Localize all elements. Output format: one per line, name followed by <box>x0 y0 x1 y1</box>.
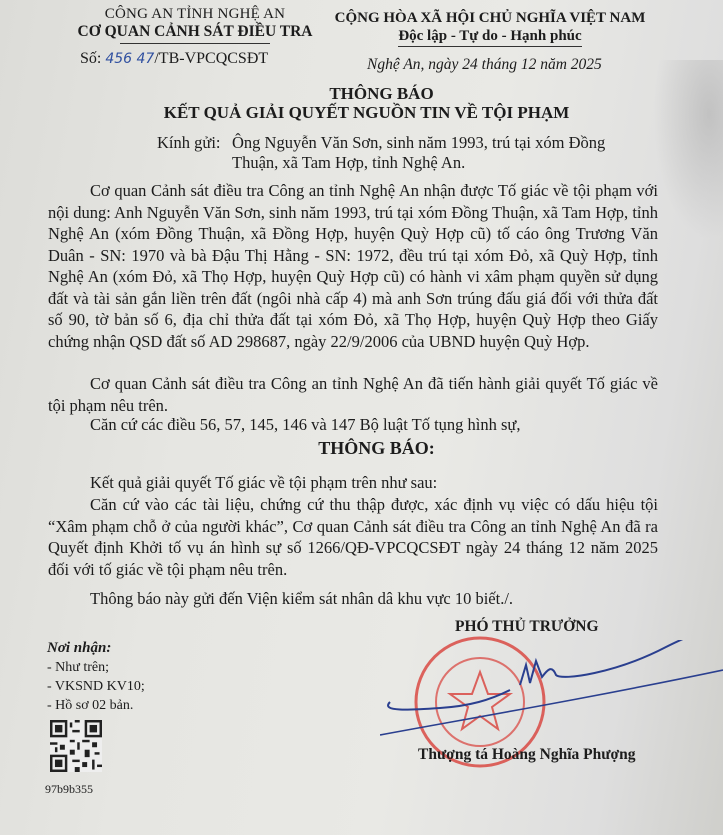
place-date: Nghệ An, ngày 24 tháng 12 năm 2025 <box>367 56 602 74</box>
subtitle: KẾT QUẢ GIẢI QUYẾT NGUỒN TIN VỀ TỘI PHẠM <box>0 103 723 123</box>
document-number: Số: 456 47/TB-VPCQCSĐT <box>80 50 268 68</box>
recipient-item: - Hồ sơ 02 bản. <box>47 696 145 715</box>
agency-name: CƠ QUAN CẢNH SÁT ĐIỀU TRA <box>70 23 320 41</box>
recipient-item: - Như trên; <box>47 658 145 677</box>
agency-header: CÔNG AN TỈNH NGHỆ AN CƠ QUAN CẢNH SÁT ĐI… <box>70 6 320 44</box>
agency-parent: CÔNG AN TỈNH NGHỆ AN <box>70 6 320 23</box>
number-suffix: /TB-VPCQCSĐT <box>154 50 268 67</box>
recipients-heading: Nơi nhận: <box>47 639 145 658</box>
number-label: Số: <box>80 50 101 67</box>
signer-name: Thượng tá Hoàng Nghĩa Phượng <box>418 746 636 764</box>
paragraph-5: Căn cứ vào các tài liệu, chứng cứ thu th… <box>48 494 658 580</box>
notice-heading: THÔNG BÁO: <box>0 438 723 459</box>
qr-code-icon <box>50 720 102 772</box>
motto: Độc lập - Tự do - Hạnh phúc <box>398 28 581 47</box>
country-name: CỘNG HÒA XÃ HỘI CHỦ NGHĨA VIỆT NAM <box>325 10 655 27</box>
paragraph-4: Kết quả giải quyết Tố giác về tội phạm t… <box>48 472 658 494</box>
signature-icon <box>380 640 723 760</box>
recipient-label: Kính gửi: <box>157 133 221 153</box>
agency-underline <box>120 43 270 44</box>
paragraph-3: Căn cứ các điều 56, 57, 145, 146 và 147 … <box>48 414 658 436</box>
recipient-item: - VKSND KV10; <box>47 677 145 696</box>
paragraph-1: Cơ quan Cảnh sát điều tra Công an tỉnh N… <box>48 180 658 352</box>
national-header: CỘNG HÒA XÃ HỘI CHỦ NGHĨA VIỆT NAM Độc l… <box>325 10 655 47</box>
paragraph-6: Thông báo này gửi đến Viện kiểm sát nhân… <box>48 588 658 610</box>
qr-code-text: 97b9b355 <box>45 782 93 797</box>
signer-title: PHÓ THỦ TRƯỞNG <box>455 618 599 636</box>
number-handwritten: 456 47 <box>105 51 154 67</box>
title: THÔNG BÁO <box>0 84 723 104</box>
paragraph-2: Cơ quan Cảnh sát điều tra Công an tỉnh N… <box>48 373 658 416</box>
recipients-list: Nơi nhận: - Như trên; - VKSND KV10; - Hồ… <box>47 639 145 715</box>
recipient-text: Ông Nguyễn Văn Sơn, sinh năm 1993, trú t… <box>232 133 652 173</box>
